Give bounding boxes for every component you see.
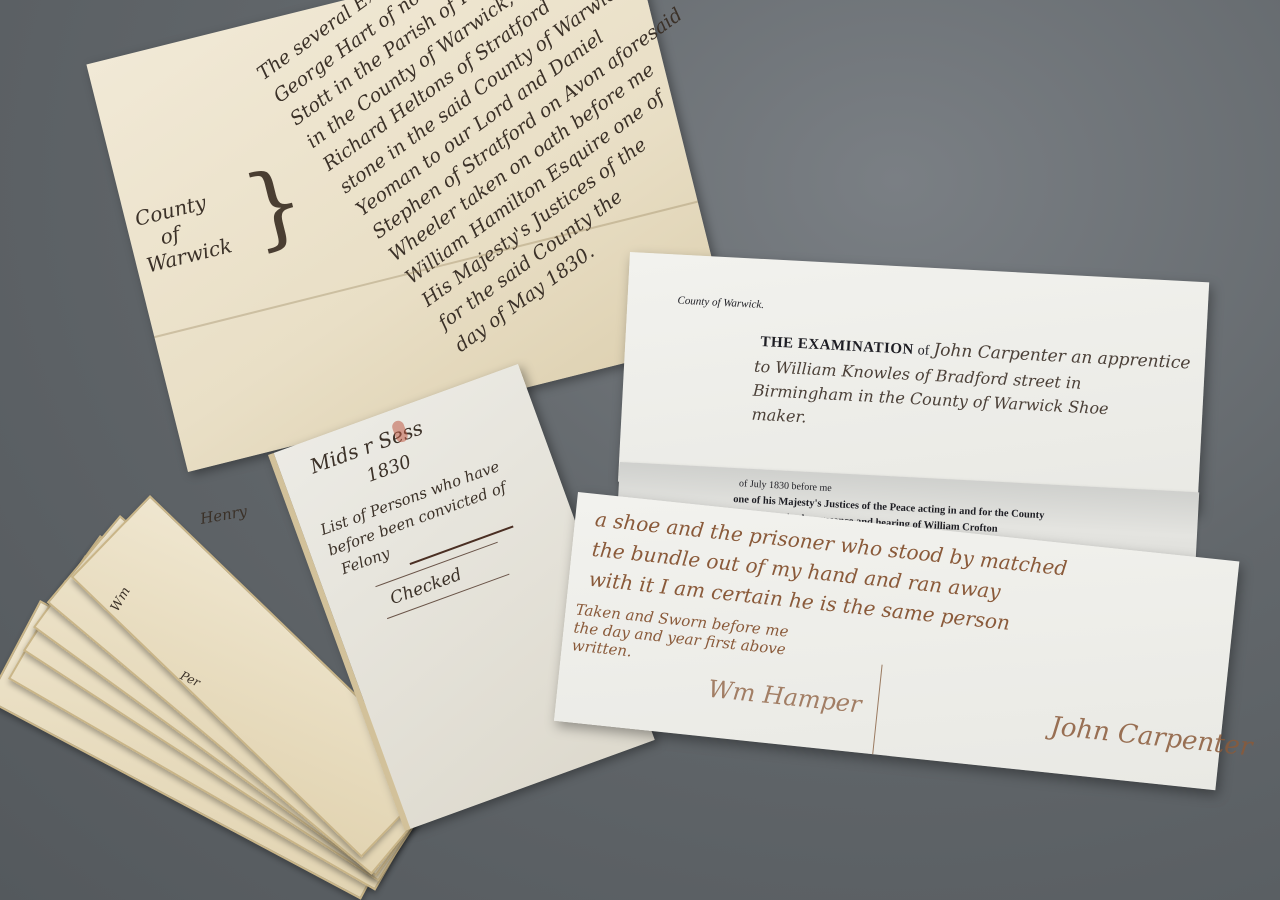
form-handwritten: to William Knowles of Bradford street in… [751,355,1110,446]
docket-body: List of Persons who have before been con… [317,455,517,582]
form-title-of: of [917,343,929,359]
form-title-bold: THE EXAMINATION [760,334,914,358]
letter-brace-icon: } [234,148,315,264]
deposition-jurat: Taken and Sworn before me the day and ye… [571,600,789,676]
docket-checked: Checked [387,565,464,609]
letter-margin-county: County of Warwick [132,187,234,278]
magistrate-signature: Wm Hamper [707,675,863,719]
jurat-brace [872,665,882,755]
form-county-header: County of Warwick. [677,295,764,312]
stack-label-henry: Henry [199,502,249,528]
fold-line: of July 1830 before me [739,478,832,494]
